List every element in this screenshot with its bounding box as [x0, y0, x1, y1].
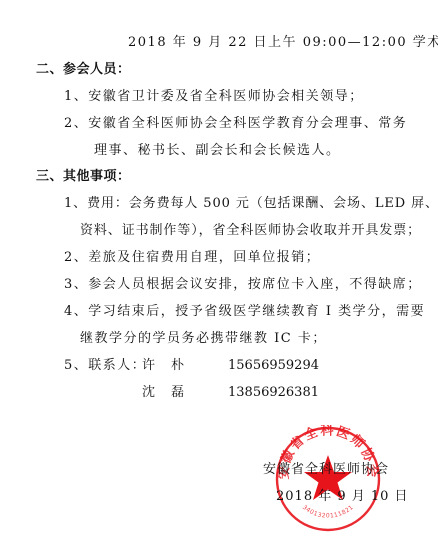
matter-item-4: 4、学习结束后，授予省级医学继续教育 I 类学分，需要 — [64, 303, 425, 321]
matter-item-1: 1、费用：会务费每人 500 元（包括课酬、会场、LED 屏、 — [64, 195, 438, 213]
attendee-item-1: 1、安徽省卫计委及省全科医师协会相关领导； — [64, 88, 364, 106]
matter-item-1-continued: 资料、证书制作等），省全科医师协会收取并开具发票； — [80, 222, 421, 240]
attendee-item-2-continued: 理事、秘书长、副会长和会长候选人。 — [94, 142, 341, 160]
svg-text:3401320111821: 3401320111821 — [301, 504, 355, 520]
signature-date: 2018 年 9 月 10 日 — [276, 488, 409, 506]
contact-name-2: 沈 磊 — [142, 384, 186, 402]
signature-organization: 安徽省全科医师协会 — [263, 461, 389, 479]
section-heading-attendees: 二、参会人员： — [36, 61, 131, 79]
contact-phone-2: 13856926381 — [228, 384, 319, 402]
section-heading-other-matters: 三、其他事项： — [36, 168, 131, 186]
matter-item-3: 3、参会人员根据会议安排，按席位卡入座，不得缺席； — [64, 276, 422, 294]
contact-phone-1: 15656959294 — [228, 357, 319, 375]
official-seal-icon: 安徽省全科医师协会 3401320111821 — [274, 425, 382, 533]
contacts-label: 5、联系人： — [64, 357, 146, 375]
event-time-line: 2018 年 9 月 22 日上午 09:00—12:00 学术活动。 — [128, 34, 438, 52]
matter-item-4-continued: 继教学分的学员务必携带继教 IC 卡； — [80, 330, 327, 348]
contact-name-1: 许 朴 — [142, 357, 186, 375]
matter-item-2: 2、差旅及住宿费用自理，回单位报销； — [64, 249, 320, 267]
attendee-item-2: 2、安徽省全科医师协会全科医学教育分会理事、常务 — [64, 115, 407, 133]
